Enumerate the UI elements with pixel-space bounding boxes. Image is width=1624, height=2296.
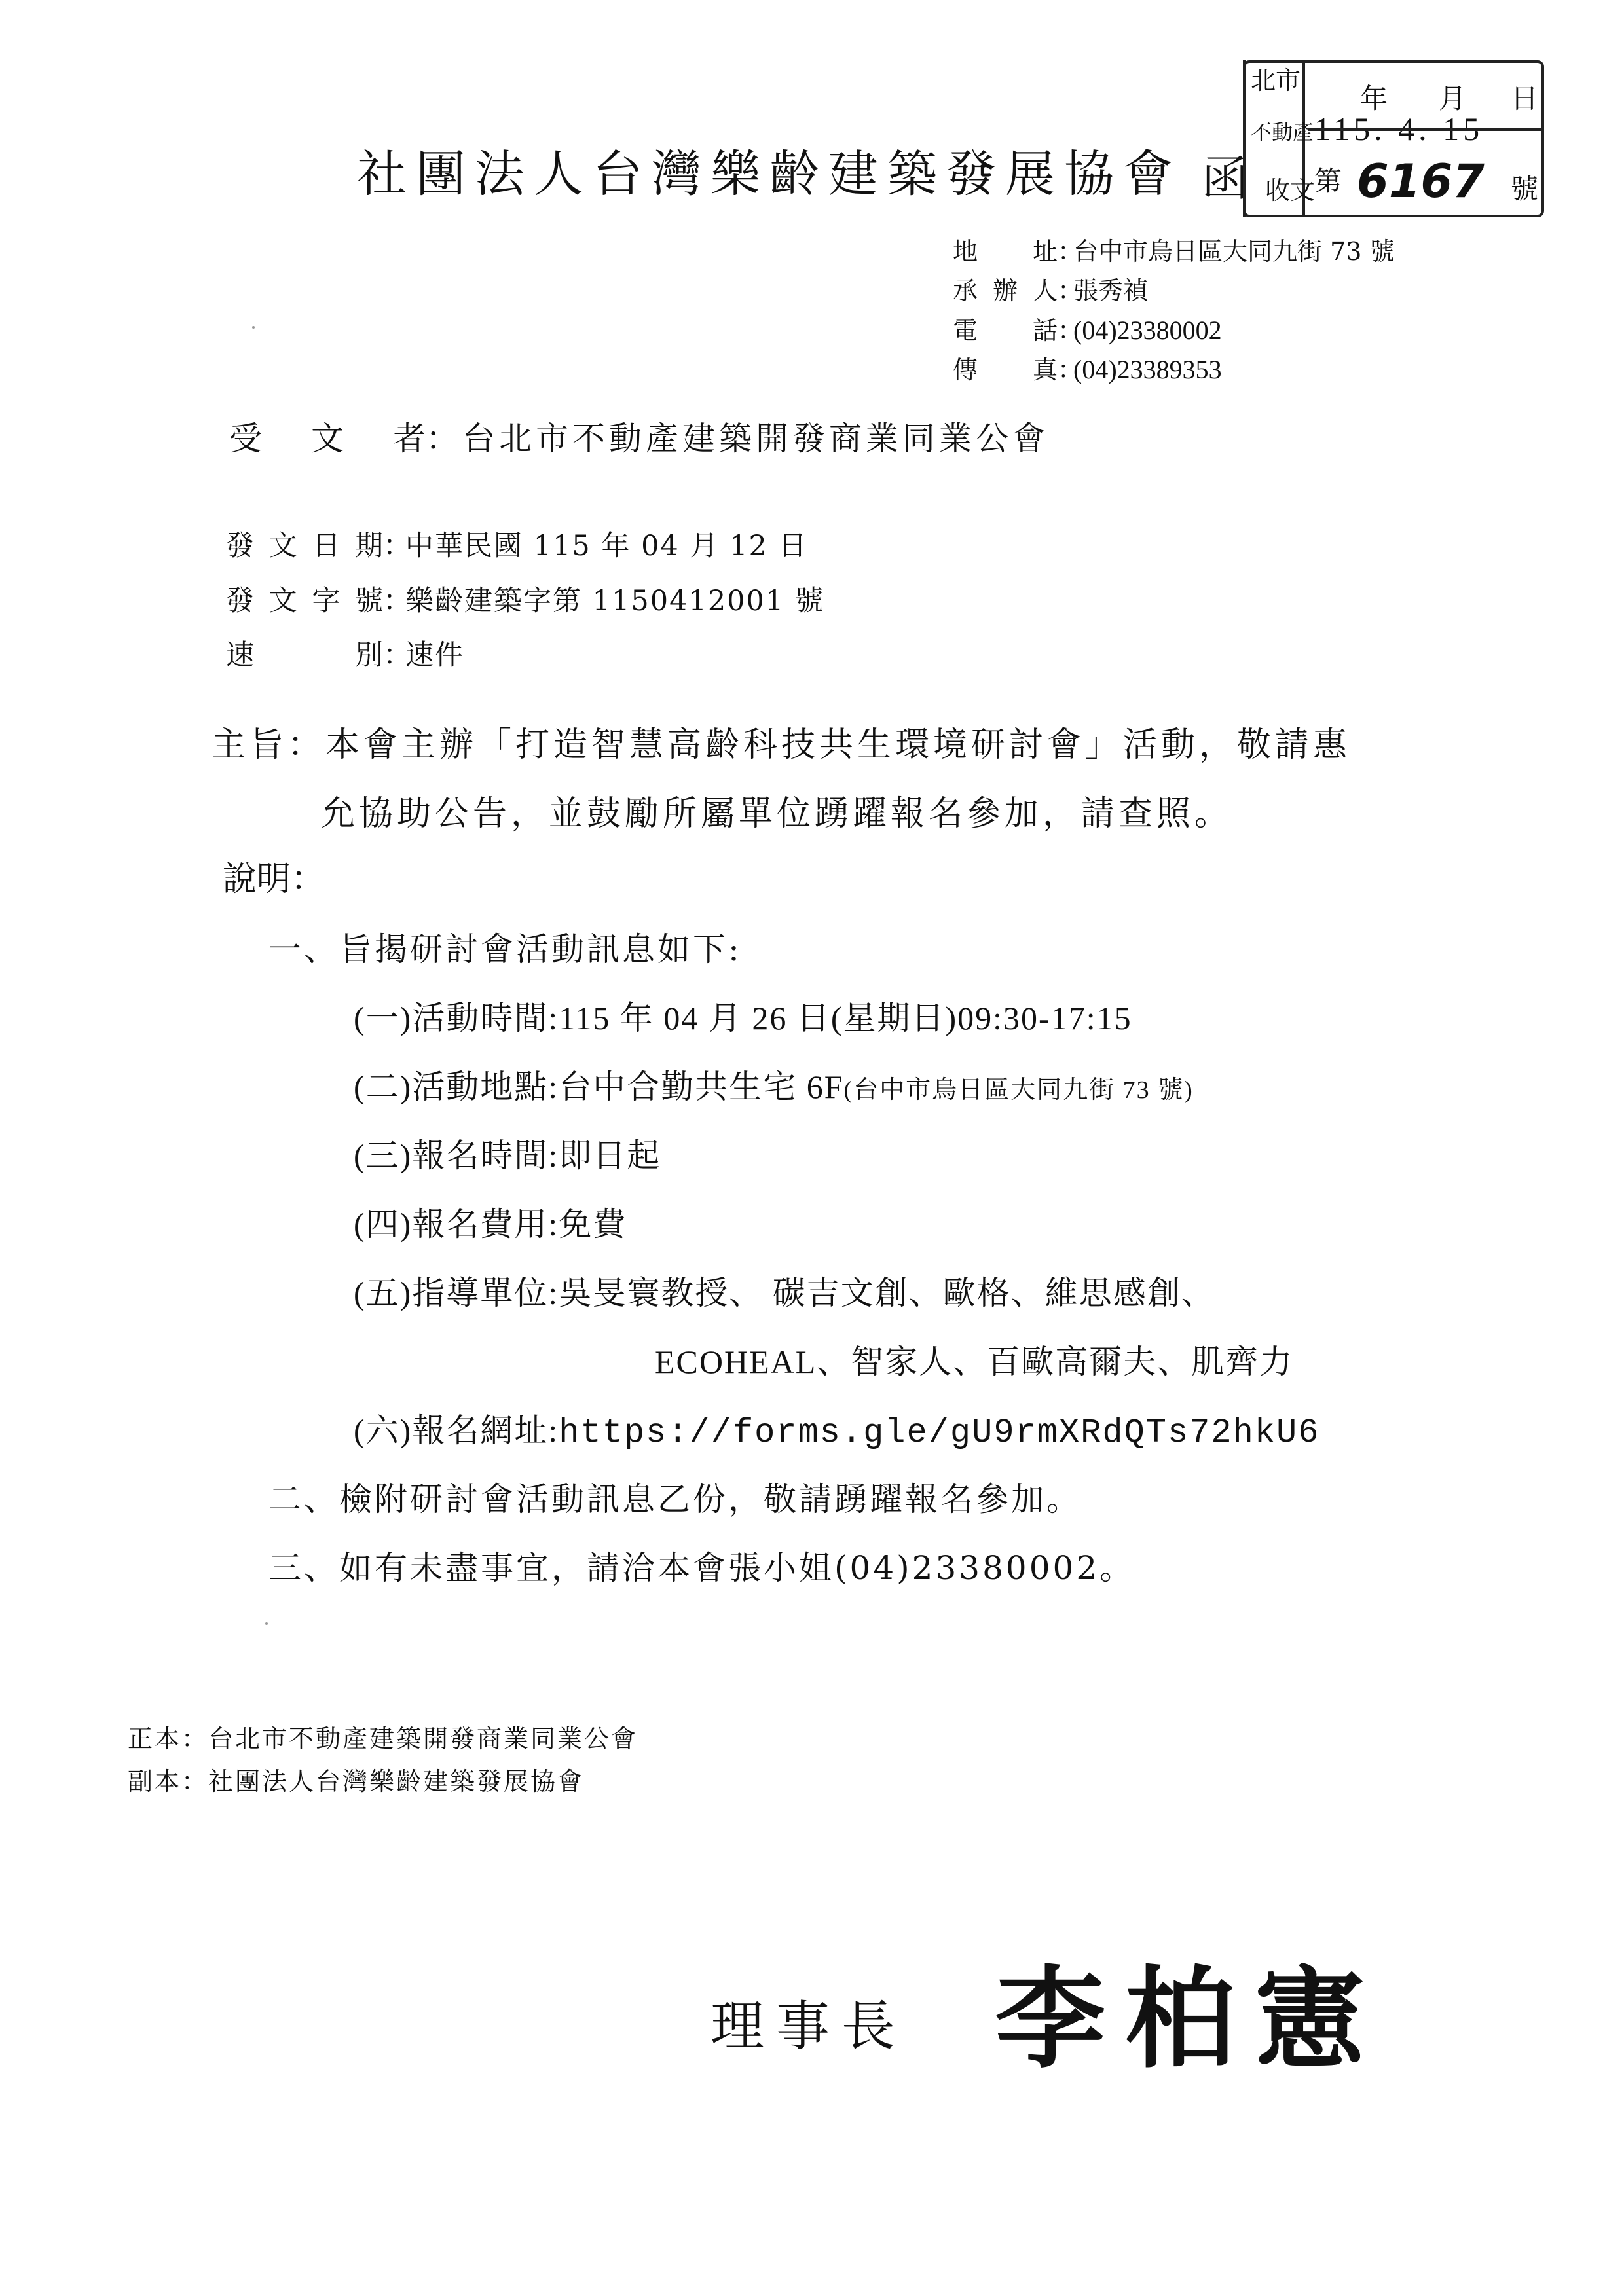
stamp-left-column: 北市 不動產 收文	[1243, 60, 1305, 217]
stamp-real-estate: 不動產	[1251, 122, 1314, 143]
contact-phone: 電話：(04)23380002	[953, 318, 1222, 344]
explanation-label: 說明：	[223, 851, 325, 900]
document-type-label: 函	[1202, 141, 1249, 209]
subject-line-1: 主旨：本會主辦「打造智慧高齡科技共生環境研討會」活動，敬請惠	[212, 717, 1351, 766]
contact-fax: 傳真：(04)23389353	[953, 357, 1222, 383]
issue-number-value: 樂齡建築字第 1150412001 號	[405, 585, 824, 617]
subject-label: 主旨：	[212, 725, 325, 765]
issue-date-row: 發文日期：中華民國 115 年 04 月 12 日	[226, 524, 808, 564]
detail-registration-url: (六)報名網址:https://forms.gle/gU9rmXRdQTs72h…	[354, 1404, 1319, 1452]
detail-advisors-continued: ECOHEAL、智家人、百歐高爾夫、肌齊力	[655, 1336, 1293, 1383]
subject-line-2: 允協助公告，並鼓勵所屬單位踴躍報名參加，請查照。	[321, 786, 1232, 835]
explanation-item-1: 一、旨揭研討會活動訊息如下:	[268, 923, 742, 970]
detail-registration-fee: (四)報名費用:免費	[354, 1198, 627, 1245]
receipt-stamp: 北市 不動產 收文 年 月 日 115. 4. 15 第 6167 號	[1243, 60, 1544, 217]
signatory-title: 理事長	[710, 1984, 907, 2060]
contact-address: 地址：台中市烏日區大同九街 73 號	[953, 239, 1395, 264]
explanation-item-3: 三、如有未盡事宜，請洽本會張小姐(04)23380002。	[268, 1542, 1135, 1589]
speed-row: 速別：速件	[226, 633, 464, 673]
scan-speck	[265, 1622, 268, 1625]
detail-advisors: (五)指導單位:吳旻寰教授、 碳吉文創、歐格、維思感創、	[354, 1267, 1215, 1314]
original-copy-line: 正本：台北市不動產建築開發商業同業公會	[128, 1719, 638, 1755]
speed-value: 速件	[405, 639, 464, 672]
stamp-divider	[1308, 128, 1541, 131]
stamp-city: 北市	[1251, 68, 1301, 93]
explanation-item-2: 二、檢附研討會活動訊息乙份，敬請踴躍報名參加。	[268, 1473, 1082, 1520]
contact-handler: 承辦人：張秀禎	[953, 278, 1148, 303]
issue-date-value: 中華民國 115 年 04 月 12 日	[405, 530, 808, 562]
stamp-received: 收文	[1265, 178, 1315, 203]
detail-time: (一)活動時間:115 年 04 月 26 日(星期日)09:30-17:15	[354, 992, 1132, 1039]
stamp-number-value: 6167	[1357, 155, 1485, 208]
signatory-name: 李柏憲	[995, 1931, 1384, 2089]
stamp-number-suffix: 號	[1511, 168, 1538, 207]
duplicate-copy-line: 副本：社團法人台灣樂齡建築發展協會	[128, 1761, 584, 1797]
detail-location: (二)活動地點:台中合勤共生宅 6F(台中市烏日區大同九街 73 號)	[354, 1061, 1194, 1108]
recipient-line: 受文者：台北市不動產建築開發商業同業公會	[229, 412, 1049, 460]
stamp-number-prefix: 第	[1314, 160, 1342, 199]
recipient-label: 受文者	[229, 412, 426, 460]
scan-speck	[252, 326, 255, 329]
organization-title: 社團法人台灣樂齡建築發展協會	[357, 134, 1182, 206]
recipient-value: 台北市不動產建築開發商業同業公會	[462, 420, 1049, 458]
detail-registration-time: (三)報名時間:即日起	[354, 1129, 661, 1176]
registration-link[interactable]: https://forms.gle/gU9rmXRdQTs72hkU6	[559, 1413, 1319, 1452]
stamp-day-label: 日	[1511, 77, 1538, 117]
issue-number-row: 發文字號：樂齡建築字第 1150412001 號	[226, 579, 824, 619]
